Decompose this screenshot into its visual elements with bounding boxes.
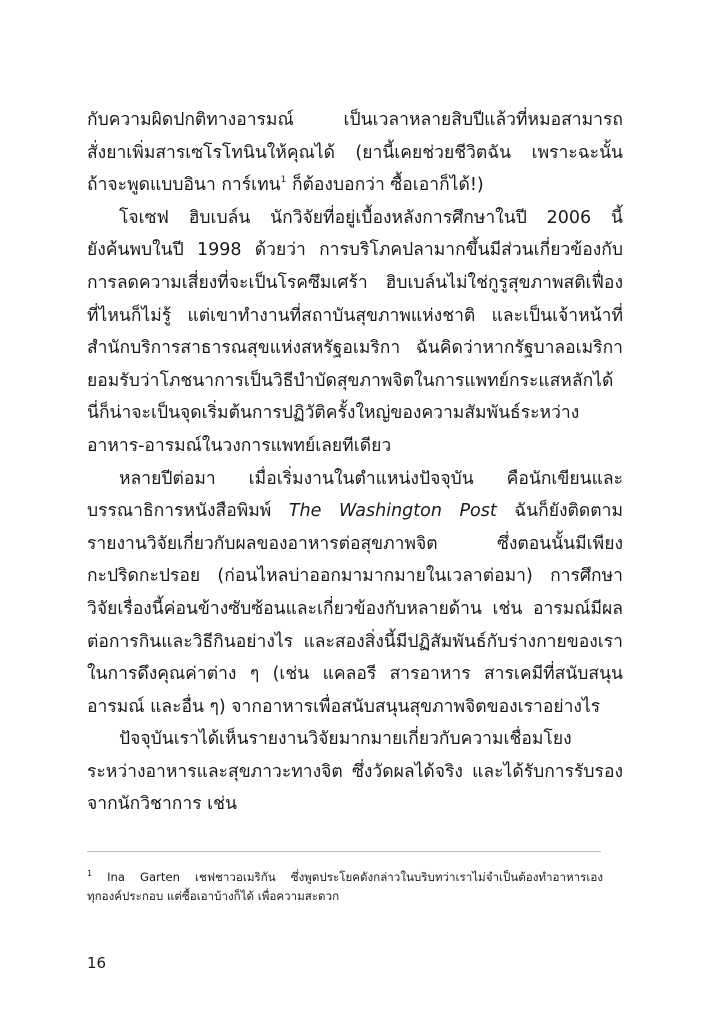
text-line: สั่งยาเพิ่มสารเซโรโทนินให้คุณได้ (ยานี้เ… bbox=[87, 137, 623, 170]
text-line: ในการดึงคุณค่าต่าง ๆ (เช่น แคลอรี สารอาห… bbox=[87, 658, 623, 691]
text-segment: ฉันก็ยังติดตาม bbox=[497, 501, 623, 521]
text-line: สำนักบริการสาธารณสุขแห่งสหรัฐอเมริกา ฉัน… bbox=[87, 332, 623, 365]
text-line: ระหว่างอาหารและสุขภาวะทางจิต ซึ่งวัดผลได… bbox=[87, 756, 623, 789]
text-line: วิจัยเรื่องนี้ค่อนข้างซับซ้อนและเกี่ยวข้… bbox=[87, 593, 623, 626]
text-segment: ก็ต้องบอกว่า ซื้อเอาก็ได้!) bbox=[286, 175, 483, 195]
publication-name: The Washington Post bbox=[289, 501, 497, 521]
text-line: ยังค้นพบในปี 1998 ด้วยว่า การบริโภคปลามา… bbox=[87, 234, 623, 267]
text-segment: Ina Garten เชฟชาวอเมริกัน ซึ่งพูดประโยคด… bbox=[92, 870, 603, 884]
book-page: กับความผิดปกติทางอารมณ์ เป็นเวลาหลายสิบป… bbox=[0, 0, 707, 1024]
text-line: ต่อการกินและวิธีกินอย่างไร และสองสิ่งนี้… bbox=[87, 626, 623, 659]
text-line: อาหาร-อารมณ์ในวงการแพทย์เลยทีเดียว bbox=[87, 430, 623, 463]
body-text: กับความผิดปกติทางอารมณ์ เป็นเวลาหลายสิบป… bbox=[87, 104, 623, 821]
text-line: หลายปีต่อมา เมื่อเริ่มงานในตำแหน่งปัจจุบ… bbox=[87, 463, 623, 496]
footnote: 1 Ina Garten เชฟชาวอเมริกัน ซึ่งพูดประโย… bbox=[87, 868, 603, 906]
text-line: ปัจจุบันเราได้เห็นรายงานวิจัยมากมายเกี่ย… bbox=[87, 723, 623, 756]
text-segment: ถ้าจะพูดแบบอินา การ์เทน bbox=[87, 175, 281, 195]
page-number: 16 bbox=[87, 954, 106, 972]
footnote-line: 1 Ina Garten เชฟชาวอเมริกัน ซึ่งพูดประโย… bbox=[87, 868, 603, 887]
paragraph-4: ปัจจุบันเราได้เห็นรายงานวิจัยมากมายเกี่ย… bbox=[87, 723, 623, 821]
text-line: จากนักวิชาการ เช่น bbox=[87, 788, 623, 821]
paragraph-3: หลายปีต่อมา เมื่อเริ่มงานในตำแหน่งปัจจุบ… bbox=[87, 463, 623, 724]
text-line: ที่ไหนก็ไม่รู้ แต่เขาทำงานที่สถาบันสุขภา… bbox=[87, 300, 623, 333]
text-segment: บรรณาธิการหนังสือพิมพ์ bbox=[87, 501, 289, 521]
text-line: โจเซฟ ฮิบเบล์น นักวิจัยที่อยู่เบื้องหลัง… bbox=[87, 202, 623, 235]
text-line: การลดความเสี่ยงที่จะเป็นโรคซึมเศร้า ฮิบเ… bbox=[87, 267, 623, 300]
text-line: นี่ก็น่าจะเป็นจุดเริ่มต้นการปฏิวัติครั้ง… bbox=[87, 397, 623, 430]
text-line: ถ้าจะพูดแบบอินา การ์เทน1 ก็ต้องบอกว่า ซื… bbox=[87, 169, 623, 202]
paragraph-1: กับความผิดปกติทางอารมณ์ เป็นเวลาหลายสิบป… bbox=[87, 104, 623, 202]
text-line: ยอมรับว่าโภชนาการเป็นวิธีบำบัดสุขภาพจิตใ… bbox=[87, 365, 623, 398]
text-line: อารมณ์ และอื่น ๆ) จากอาหารเพื่อสนับสนุนส… bbox=[87, 691, 623, 724]
text-line: กับความผิดปกติทางอารมณ์ เป็นเวลาหลายสิบป… bbox=[87, 104, 623, 137]
text-line: บรรณาธิการหนังสือพิมพ์ The Washington Po… bbox=[87, 495, 623, 528]
footnote-line: ทุกองค์ประกอบ แต่ซื้อเอาบ้างก็ได้ เพื่อค… bbox=[87, 887, 603, 906]
footnote-divider bbox=[87, 851, 601, 852]
text-line: รายงานวิจัยเกี่ยวกับผลของอาหารต่อสุขภาพจ… bbox=[87, 528, 623, 561]
paragraph-2: โจเซฟ ฮิบเบล์น นักวิจัยที่อยู่เบื้องหลัง… bbox=[87, 202, 623, 463]
text-line: กะปริดกะปรอย (ก่อนไหลบ่าออกมามากมายในเวล… bbox=[87, 560, 623, 593]
